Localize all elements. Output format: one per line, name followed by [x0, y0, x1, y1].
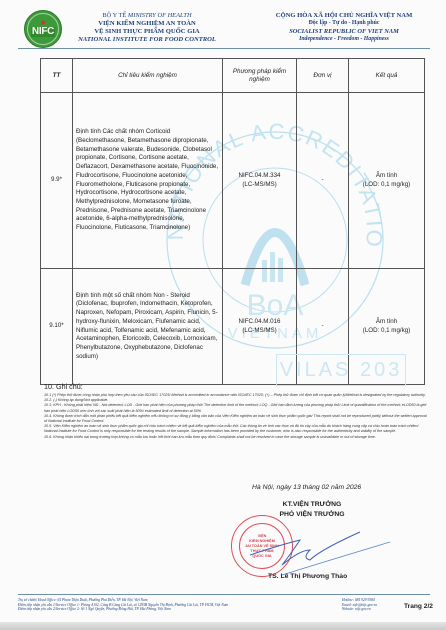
website: Website: nifc.gov.vn: [342, 607, 402, 612]
signer-title-2: PHÓ VIỆN TRƯỞNG: [262, 511, 362, 518]
col-header-method: Phương pháp kiểm nghiệm: [223, 59, 297, 93]
place-date: Hà Nội, ngày 13 tháng 02 năm 2026: [252, 484, 432, 491]
row-result: Âm tính (LOD: 0,1 mg/kg): [349, 93, 425, 269]
note-item: 10.4. Không được trích dẫn một phần phiế…: [44, 414, 428, 424]
col-header-unit: Đơn vị: [297, 59, 349, 93]
row-method: NIFC.04.M.334 (LC-MS/MS): [223, 93, 297, 269]
institute-header: BỘ Y TẾ MINISTRY OF HEALTH VIỆN KIỂM NGH…: [62, 12, 232, 44]
national-header: CỘNG HÒA XÃ HỘI CHỦ NGHĨA VIỆT NAM Độc l…: [262, 12, 426, 43]
signer-title-1: KT.VIỆN TRƯỞNG: [262, 501, 362, 508]
page-number: Trang 2/2: [404, 603, 433, 610]
result-lod: (LOD: 0,1 mg/kg): [352, 181, 421, 190]
table-header-row: TT Chỉ tiêu kiểm nghiệm Phương pháp kiểm…: [41, 59, 425, 93]
method-code: NIFC.04.M.334: [226, 172, 293, 181]
method-technique: (LC-MS/MS): [226, 327, 293, 336]
ministry-line: BỘ Y TẾ MINISTRY OF HEALTH: [62, 12, 232, 20]
row-criterion: Định tính một số chất nhóm Non - Steroid…: [73, 269, 223, 385]
vilas-code: VILAS 203: [280, 359, 403, 382]
col-header-tt: TT: [41, 59, 73, 93]
institute-en: NATIONAL INSTITUTE FOR FOOD CONTROL: [62, 36, 232, 44]
results-table: TT Chỉ tiêu kiểm nghiệm Phương pháp kiểm…: [40, 58, 425, 385]
ministry-en: MINISTRY OF HEALTH: [128, 12, 192, 19]
nifc-logo: ★ NIFC: [24, 10, 62, 48]
result-value: Âm tính: [352, 172, 421, 181]
country-en: SOCIALIST REPUBLIC OF VIET NAM: [262, 28, 426, 36]
footer-contacts: Hotline: 085 929 9384 Email: nifc@nifc.g…: [342, 598, 402, 612]
footer-addresses: Trụ sở chính/ Head Office: 65 Phạm Thận …: [18, 598, 308, 612]
motto-en: Independence - Freedom - Happiness: [262, 36, 426, 44]
footer-divider: [18, 594, 430, 595]
test-report-page: ★ NIFC BỘ Y TẾ MINISTRY OF HEALTH VIỆN K…: [0, 0, 446, 630]
row-tt: 9.10*: [41, 269, 73, 385]
method-technique: (LC-MS/MS): [226, 181, 293, 190]
header-divider: [18, 48, 430, 49]
logo-ring: [27, 13, 59, 45]
institute-vi-2: VỆ SINH THỰC PHẨM QUỐC GIA: [62, 28, 232, 36]
bottom-edge: [0, 622, 446, 630]
service-office-2-address: Điểm tiếp nhận yêu cầu 2/Service Office …: [18, 607, 308, 612]
notes-list: 10.1 (*) Phép thử được công nhận phù hợp…: [44, 393, 428, 440]
result-value: Âm tính: [352, 318, 421, 327]
country-vi: CỘNG HÒA XÃ HỘI CHỦ NGHĨA VIỆT NAM: [262, 12, 426, 20]
note-item: 10.3. KPH - Không phát hiện/ ND - Not de…: [44, 403, 428, 413]
result-lod: (LOD: 0,1 mg/kg): [352, 327, 421, 336]
method-code: NIFC.04.M.016: [226, 318, 293, 327]
institute-vi-1: VIỆN KIỂM NGHIỆM AN TOÀN: [62, 20, 232, 28]
note-item: 10.6. Không nhận khiếu nại trong trường …: [44, 435, 428, 440]
col-header-result: Kết quả: [349, 59, 425, 93]
note-item: 10.5. Viện Kiểm nghiệm an toàn vệ sinh t…: [44, 424, 428, 434]
col-header-criterion: Chỉ tiêu kiểm nghiệm: [73, 59, 223, 93]
ministry-vi: BỘ Y TẾ: [102, 12, 126, 19]
signer-name: TS. Lê Thị Phương Thảo: [268, 573, 347, 580]
row-tt: 9.9*: [41, 93, 73, 269]
table-row: 9.9* Định tính Các chất nhóm Corticoid (…: [41, 93, 425, 269]
vilas-watermark: VILAS 203: [276, 354, 406, 386]
row-criterion: Định tính Các chất nhóm Corticoid (Beclo…: [73, 93, 223, 269]
motto-vi: Độc lập - Tự do - Hạnh phúc: [262, 20, 426, 28]
notes-title: 10. Ghi chú:: [44, 383, 83, 391]
row-unit: -: [297, 93, 349, 269]
